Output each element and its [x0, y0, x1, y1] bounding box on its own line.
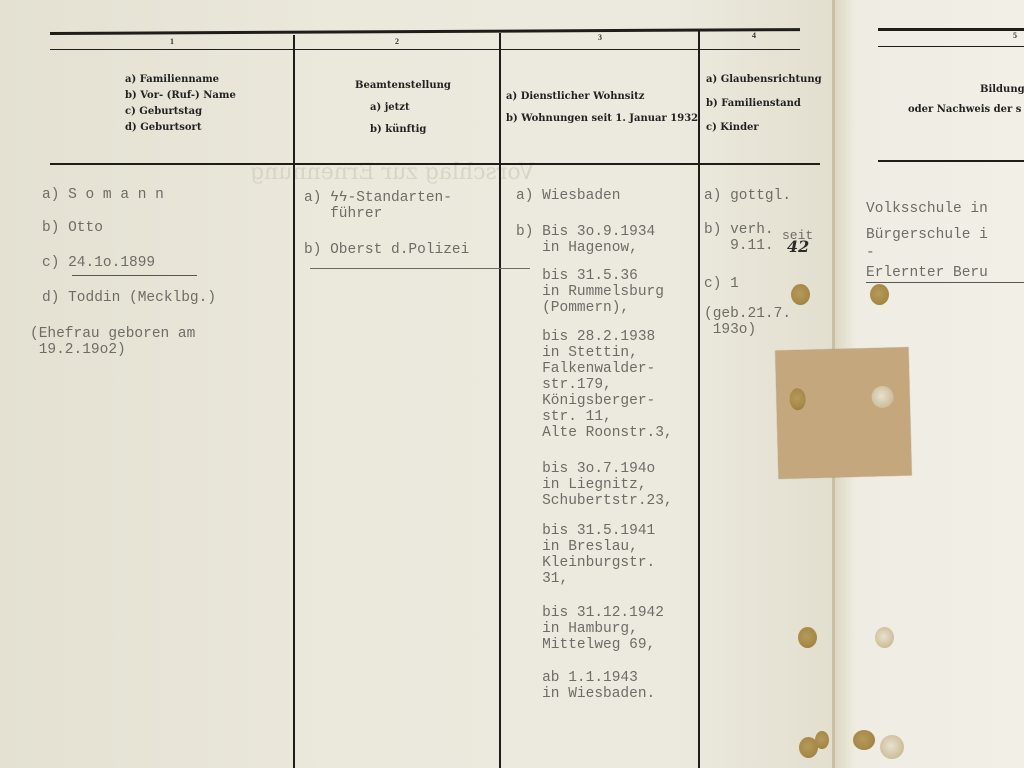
- header-geburtsort: d) Geburtsort: [125, 120, 236, 136]
- glaubensrichtung-value: a) gottgl.: [704, 188, 791, 204]
- familienstand-date: 9.11.: [704, 238, 774, 254]
- punch-hole: [870, 284, 889, 305]
- punch-hole: [798, 627, 817, 648]
- column-number-1: 1: [170, 37, 174, 46]
- col-divider-3: [698, 30, 700, 768]
- bildung-volksschule: Volksschule in: [866, 201, 988, 217]
- bildung-buergerschule: Bürgerschule i: [866, 227, 988, 243]
- geburtsort-value: d) Toddin (Mecklbg.): [42, 290, 216, 306]
- kinder-note: (geb.21.7. 193o): [704, 306, 791, 338]
- bildung-dash: -: [866, 245, 875, 261]
- header-kuenftig: b) künftig: [355, 122, 451, 138]
- punch-hole: [871, 386, 894, 409]
- header-geburtstag: c) Geburtstag: [125, 104, 236, 120]
- wohnung-hamburg: bis 31.12.1942 in Hamburg, Mittelweg 69,: [516, 605, 664, 653]
- header-col4: a) Glaubensrichtung b) Familienstand c) …: [706, 68, 822, 140]
- col-divider-2: [499, 33, 501, 768]
- right-top-rule: [878, 28, 1024, 31]
- vorname-value: b) Otto: [42, 220, 103, 236]
- punch-hole: [791, 284, 810, 305]
- kinder-value: c) 1: [704, 276, 739, 292]
- familienname-value: a) S o m a n n: [42, 187, 164, 203]
- bildung-erlernter-beruf: Erlernter Beru: [866, 265, 988, 281]
- right-number-rule: [878, 46, 1024, 47]
- wohnung-rummelsburg: bis 31.5.36 in Rummelsburg (Pommern),: [516, 268, 664, 316]
- familienstand-value: b) verh.: [704, 222, 774, 238]
- beruf-underline: [866, 282, 1024, 283]
- wohnung-hagenow: b) Bis 3o.9.1934 in Hagenow,: [516, 224, 655, 256]
- punch-hole: [853, 730, 875, 750]
- geburtstag-value: c) 24.1o.1899: [42, 255, 155, 271]
- header-bildungsgang: Bildunge: [908, 80, 1024, 100]
- wohnung-wiesbaden: ab 1.1.1943 in Wiesbaden.: [516, 670, 655, 702]
- header-nachweis: oder Nachweis der s: [908, 100, 1024, 120]
- header-glaubensrichtung: a) Glaubensrichtung: [706, 68, 822, 92]
- punch-hole: [815, 731, 829, 749]
- geburtstag-underline: [72, 275, 197, 276]
- header-kinder: c) Kinder: [706, 116, 822, 140]
- column-number-5: 5: [1013, 31, 1017, 40]
- dienstlicher-wohnsitz: a) Wiesbaden: [516, 188, 620, 204]
- punch-hole: [880, 735, 904, 759]
- header-col2: Beamtenstellung a) jetzt b) künftig: [355, 78, 451, 138]
- column-number-4: 4: [752, 31, 756, 40]
- col-divider-1: [293, 35, 295, 768]
- table-number-rule: [50, 49, 800, 50]
- paper-reinforcement-patch: [775, 347, 911, 478]
- header-col1: a) Familienname b) Vor- (Ruf-) Name c) G…: [125, 72, 236, 136]
- wohnung-breslau: bis 31.5.1941 in Breslau, Kleinburgstr. …: [516, 523, 655, 587]
- table-header-bottom-rule: [50, 163, 820, 165]
- punch-hole: [789, 388, 806, 410]
- beamtenstellung-jetzt: a) ϟϟ-Standarten- führer: [304, 190, 452, 222]
- wohnung-liegnitz: bis 3o.7.194o in Liegnitz, Schubertstr.2…: [516, 461, 673, 509]
- handwritten-year: 42: [787, 237, 809, 256]
- left-underline: [310, 268, 530, 269]
- header-familienstand: b) Familienstand: [706, 92, 822, 116]
- ehefrau-note: (Ehefrau geboren am 19.2.19o2): [30, 326, 195, 358]
- header-col3: a) Dienstlicher Wohnsitz b) Wohnungen se…: [506, 86, 698, 130]
- header-wohnungen: b) Wohnungen seit 1. Januar 1932: [506, 108, 698, 130]
- header-vorname: b) Vor- (Ruf-) Name: [125, 88, 236, 104]
- header-beamtenstellung: Beamtenstellung: [355, 78, 451, 94]
- header-col5: Bildunge oder Nachweis der s: [908, 80, 1024, 120]
- punch-hole: [875, 627, 894, 648]
- column-number-3: 3: [598, 33, 602, 42]
- right-header-bottom-rule: [878, 160, 1024, 162]
- beamtenstellung-kuenftig: b) Oberst d.Polizei: [304, 242, 469, 258]
- header-dienstlicher-wohnsitz: a) Dienstlicher Wohnsitz: [506, 86, 698, 108]
- header-jetzt: a) jetzt: [355, 100, 451, 116]
- wohnung-stettin: bis 28.2.1938 in Stettin, Falkenwalder- …: [516, 329, 673, 441]
- header-familienname: a) Familienname: [125, 72, 236, 88]
- column-number-2: 2: [395, 37, 399, 46]
